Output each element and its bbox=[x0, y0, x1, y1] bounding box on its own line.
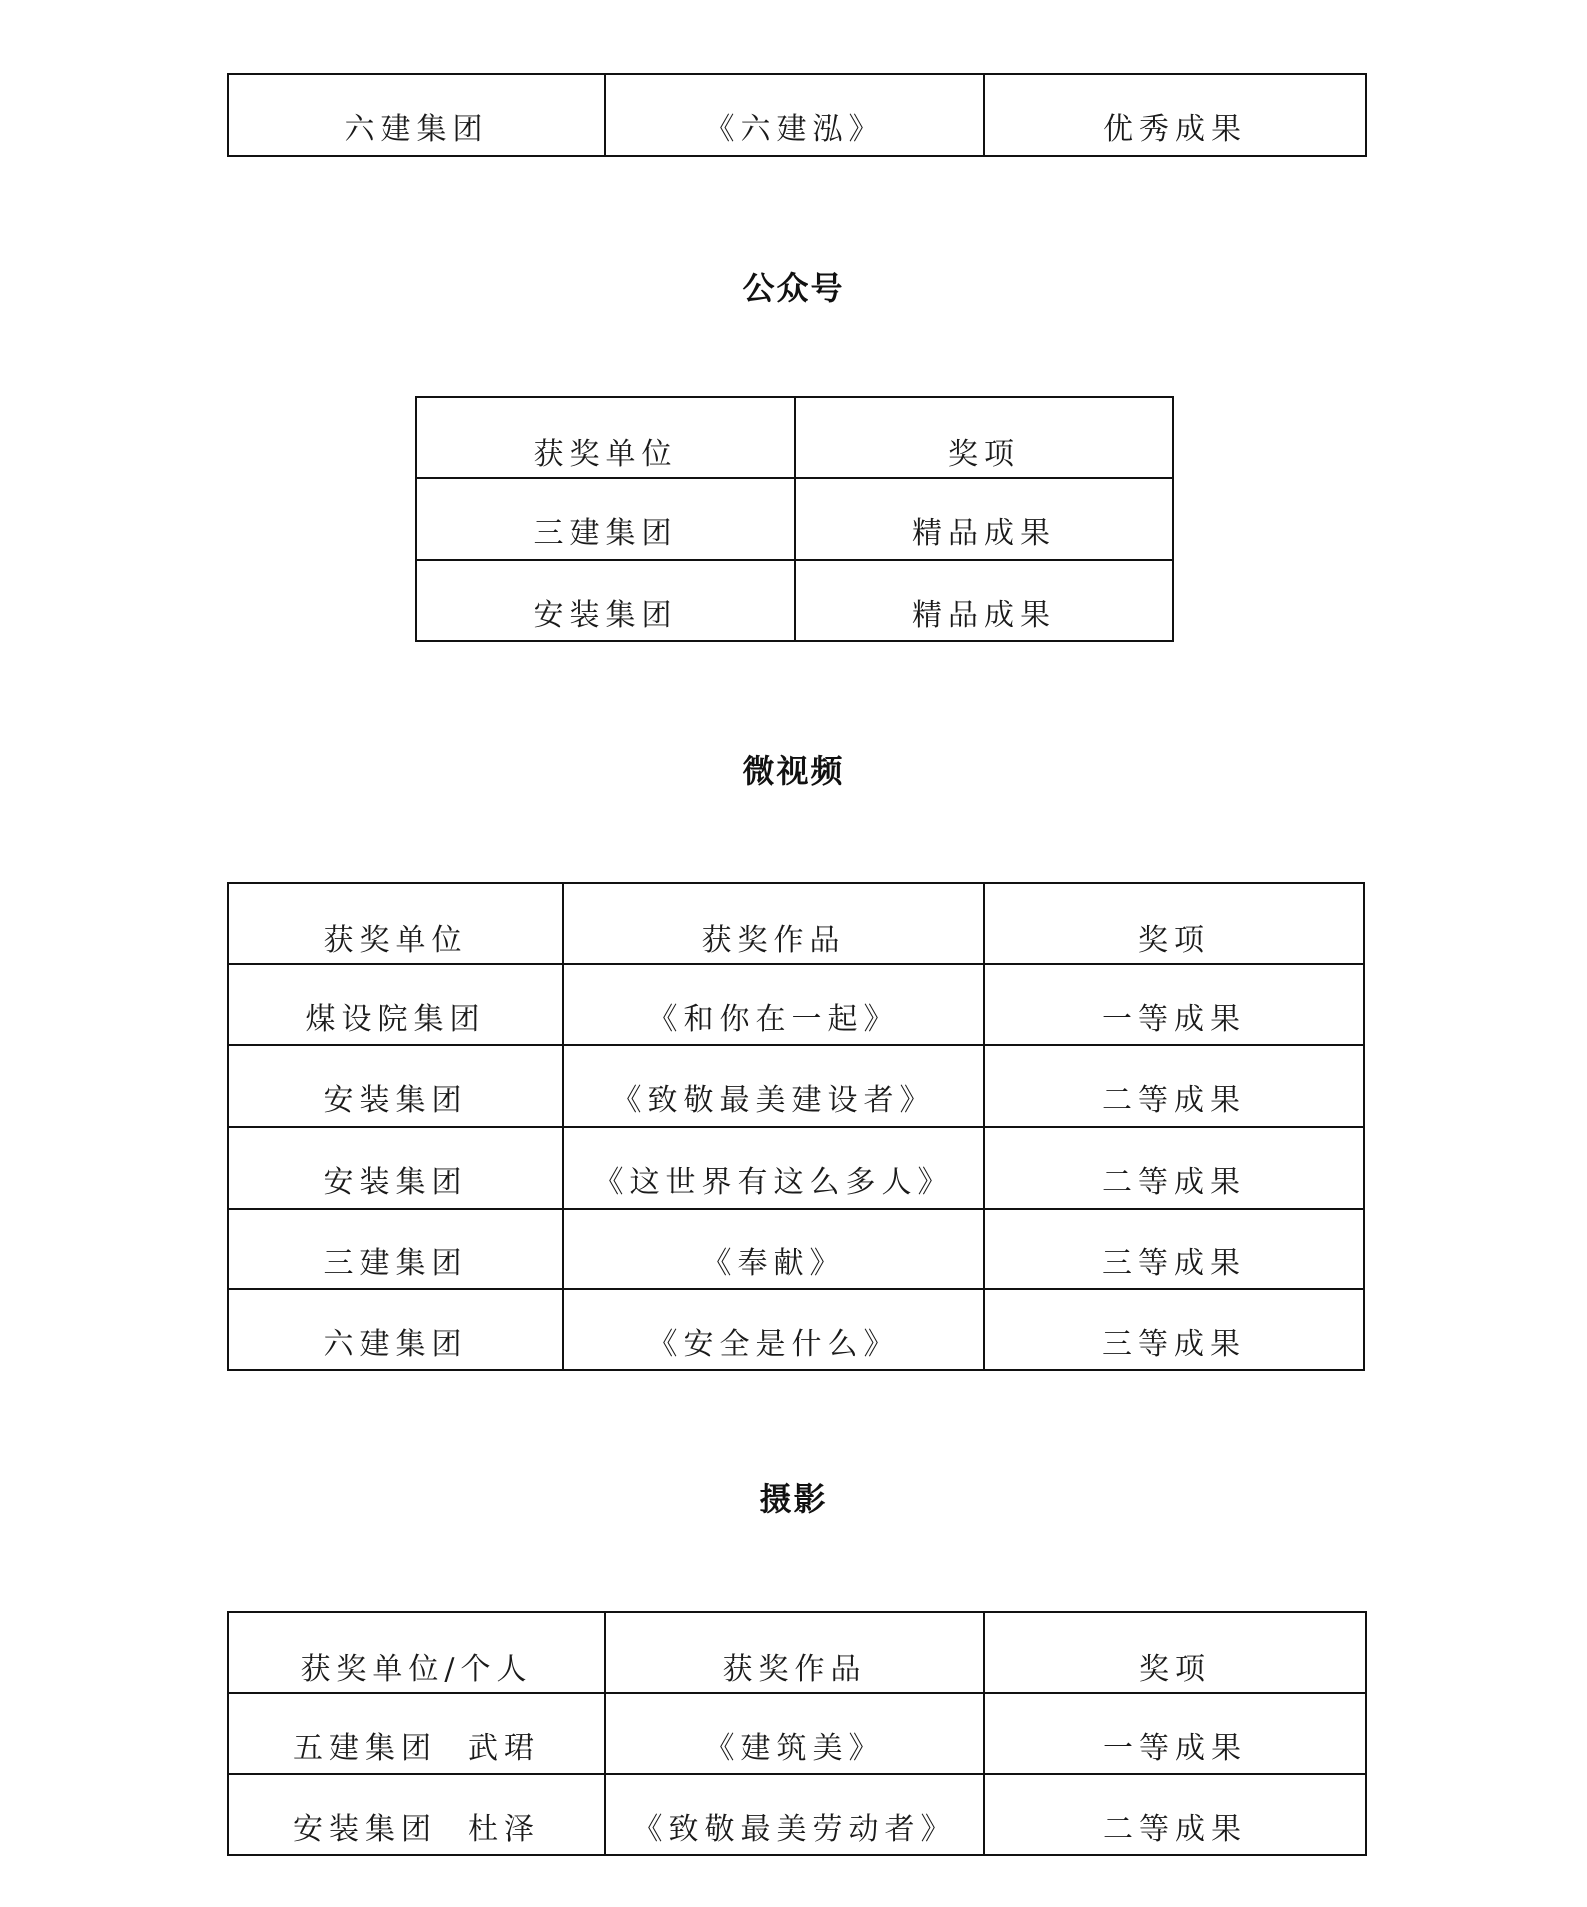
table-cell-award: 三等成果 bbox=[984, 1289, 1364, 1370]
table-cell-work: 《建筑美》 bbox=[605, 1693, 984, 1774]
column-header-unit: 获奖单位 bbox=[416, 397, 795, 478]
column-header-unit-person: 获奖单位/个人 bbox=[228, 1612, 605, 1693]
table-cell-award: 优秀成果 bbox=[984, 74, 1366, 156]
table-cell-work: 《奉献》 bbox=[563, 1209, 984, 1289]
award-table-photography: 获奖单位/个人 获奖作品 奖项 五建集团 武珺 《建筑美》 一等成果 安装集团 … bbox=[227, 1611, 1367, 1856]
table-cell-unit: 安装集团 bbox=[228, 1045, 563, 1127]
table-cell-work: 《致敬最美建设者》 bbox=[563, 1045, 984, 1127]
table-cell-award: 二等成果 bbox=[984, 1774, 1366, 1855]
table-header-row: 获奖单位 获奖作品 奖项 bbox=[228, 883, 1364, 964]
column-header-award: 奖项 bbox=[984, 883, 1364, 964]
table-row: 安装集团 精品成果 bbox=[416, 560, 1173, 641]
column-header-award: 奖项 bbox=[984, 1612, 1366, 1693]
table-cell-award: 二等成果 bbox=[984, 1127, 1364, 1209]
table-row: 安装集团 《这世界有这么多人》 二等成果 bbox=[228, 1127, 1364, 1209]
section-title-official-account: 公众号 bbox=[0, 270, 1587, 306]
table-row: 三建集团 《奉献》 三等成果 bbox=[228, 1209, 1364, 1289]
table-cell-work: 《致敬最美劳动者》 bbox=[605, 1774, 984, 1855]
table-cell-unit: 三建集团 bbox=[228, 1209, 563, 1289]
table-header-row: 获奖单位 奖项 bbox=[416, 397, 1173, 478]
table-cell-work: 《这世界有这么多人》 bbox=[563, 1127, 984, 1209]
award-table-official-account: 获奖单位 奖项 三建集团 精品成果 安装集团 精品成果 bbox=[415, 396, 1174, 642]
table-cell-award: 二等成果 bbox=[984, 1045, 1364, 1127]
table-cell-award: 一等成果 bbox=[984, 964, 1364, 1045]
table-cell-work: 《六建泓》 bbox=[605, 74, 984, 156]
table-cell-award: 一等成果 bbox=[984, 1693, 1366, 1774]
table-cell-award: 精品成果 bbox=[795, 560, 1173, 641]
column-header-award: 奖项 bbox=[795, 397, 1173, 478]
column-header-work: 获奖作品 bbox=[563, 883, 984, 964]
table-cell-unit: 煤设院集团 bbox=[228, 964, 563, 1045]
award-table-continued: 六建集团 《六建泓》 优秀成果 bbox=[227, 73, 1367, 157]
table-row: 煤设院集团 《和你在一起》 一等成果 bbox=[228, 964, 1364, 1045]
table-cell-unit: 安装集团 bbox=[228, 1127, 563, 1209]
column-header-unit: 获奖单位 bbox=[228, 883, 563, 964]
section-title-photography: 摄影 bbox=[0, 1481, 1587, 1517]
table-row: 三建集团 精品成果 bbox=[416, 478, 1173, 560]
column-header-work: 获奖作品 bbox=[605, 1612, 984, 1693]
table-cell-unit: 安装集团 bbox=[416, 560, 795, 641]
table-row: 六建集团 《安全是什么》 三等成果 bbox=[228, 1289, 1364, 1370]
table-row: 安装集团 杜泽 《致敬最美劳动者》 二等成果 bbox=[228, 1774, 1366, 1855]
table-row: 六建集团 《六建泓》 优秀成果 bbox=[228, 74, 1366, 156]
table-cell-award: 三等成果 bbox=[984, 1209, 1364, 1289]
table-cell-award: 精品成果 bbox=[795, 478, 1173, 560]
table-cell-unit-person: 五建集团 武珺 bbox=[228, 1693, 605, 1774]
table-cell-work: 《安全是什么》 bbox=[563, 1289, 984, 1370]
table-row: 安装集团 《致敬最美建设者》 二等成果 bbox=[228, 1045, 1364, 1127]
table-header-row: 获奖单位/个人 获奖作品 奖项 bbox=[228, 1612, 1366, 1693]
table-cell-unit: 三建集团 bbox=[416, 478, 795, 560]
table-row: 五建集团 武珺 《建筑美》 一等成果 bbox=[228, 1693, 1366, 1774]
table-cell-unit: 六建集团 bbox=[228, 74, 605, 156]
table-cell-unit: 六建集团 bbox=[228, 1289, 563, 1370]
section-title-micro-video: 微视频 bbox=[0, 753, 1587, 789]
table-cell-work: 《和你在一起》 bbox=[563, 964, 984, 1045]
table-cell-unit-person: 安装集团 杜泽 bbox=[228, 1774, 605, 1855]
award-table-micro-video: 获奖单位 获奖作品 奖项 煤设院集团 《和你在一起》 一等成果 安装集团 《致敬… bbox=[227, 882, 1365, 1371]
